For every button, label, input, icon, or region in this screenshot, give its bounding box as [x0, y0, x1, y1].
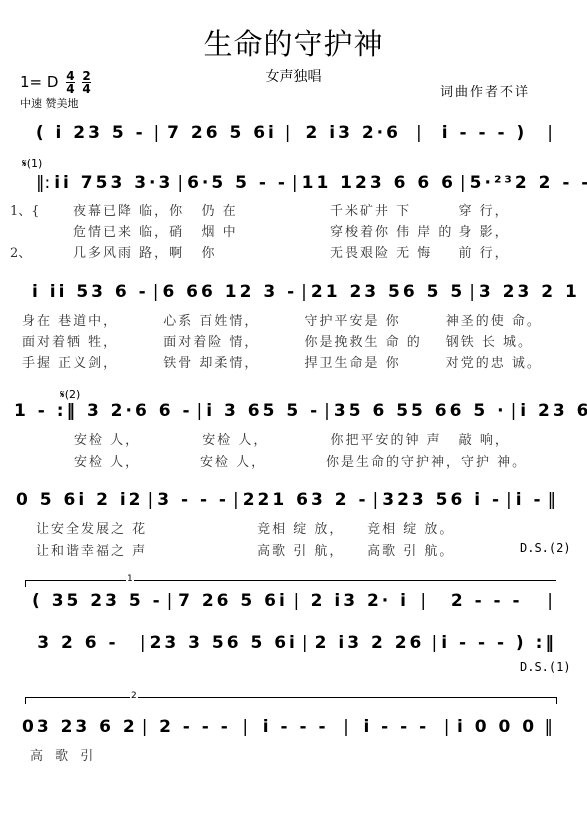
measure: 0 5 6i 2 i2 — [16, 490, 143, 510]
lyric-row: 让和谐幸福之 声高歌 引 航，高歌 引 航。 — [0, 540, 587, 559]
measure: i ii 53 6 - — [32, 282, 149, 302]
staff-intro: ( i 23 5 -| 7 26 5 6i| 2 i3 2·6| i - - -… — [0, 123, 587, 143]
lyric-row: 手握 正义剑，铁骨 却柔情，捍卫生命是 你对党的忠 诚。 — [0, 352, 587, 371]
staff-verse-a: ‖: ii 753 3·3| 6·5 5 - -| 11 123 6 6 6| … — [0, 173, 587, 193]
lyric-row: 安检 人，安检 人，你把平安的钟 声敲 响， — [0, 429, 587, 448]
measure: 3 - - - — [157, 490, 229, 510]
lyric-row: 夜幕已降 临，你仍 在千米矿井 下穿 行， — [0, 200, 587, 219]
lyric-row: 面对着牺 牲，面对着险 情，你是挽救生 命 的钢铁 长 城。 — [0, 331, 587, 350]
volta-bracket-2: 2 — [25, 697, 557, 704]
lyric-row: 危情已来 临，硝烟 中穿梭着你 伟 岸 的身 影， — [0, 221, 587, 240]
measure: 2 i3 2· i — [303, 591, 416, 611]
measure: 7 26 5 6i — [163, 123, 281, 143]
measure: 6·5 5 - - — [187, 173, 288, 193]
measure: 2 i3 2·6 — [295, 123, 413, 143]
lyric-row: 安检 人，安检 人，你是生命的守护神，守护 神。 — [0, 451, 587, 470]
measure: 23 3 56 5 6i — [150, 633, 298, 653]
dal-segno-2: D.S.(2) — [520, 541, 571, 555]
measure: ( 35 23 5 - — [32, 591, 163, 611]
credit-line: 词曲作者不详 — [440, 81, 530, 100]
measure: 6 66 12 3 - — [162, 282, 297, 302]
measure: i 23 6 - — [520, 401, 587, 421]
staff-verse-b: i ii 53 6 -| 6 66 12 3 -| 21 23 56 5 5| … — [0, 282, 587, 302]
key-signature: 1= D 44 24 — [20, 70, 91, 95]
measure: 2 i3 2 26 — [312, 633, 428, 653]
measure: 3 2 6 - — [20, 633, 136, 653]
measure: i - - - — [252, 717, 339, 737]
lyric-row: 让安全发展之 花竞相 绽 放，竞相 绽 放。 — [0, 518, 587, 537]
staff-interlude-1: ( 35 23 5 -| 7 26 5 6i| 2 i3 2· i| 2 - -… — [0, 591, 587, 611]
measure: 1 - :‖ 3 2·6 6 - — [14, 401, 193, 421]
staff-chorus-b: 0 5 6i 2 i2| 3 - - -| 221 63 2 -| 323 56… — [0, 490, 587, 510]
key-text: 1= D — [20, 73, 58, 91]
measure: i - - - — [353, 717, 440, 737]
time-signature-2-4: 24 — [82, 70, 90, 95]
measure: 2 - - - — [430, 591, 543, 611]
segno-sign-1: 𝄋(1) — [22, 157, 42, 171]
measure: 35 6 55 66 5 · — [334, 401, 507, 421]
time-signature-4-4: 44 — [66, 70, 74, 95]
measure: 21 23 56 5 5 — [311, 282, 465, 302]
tempo-marking: 中速 赞美地 — [20, 95, 79, 111]
lyric-row: 高 歌 引 — [30, 745, 97, 764]
staff-coda: 03 23 6 2| 2 - - -| i - - -| i - - -| i … — [0, 717, 587, 737]
measure: 3 23 2 1 - — [479, 282, 587, 302]
lyric-row: 身在 巷道中，心系 百姓情，守护平安是 你神圣的使 命。 — [0, 310, 587, 329]
segno-sign-2: 𝄋(2) — [60, 388, 80, 402]
measure: ( i 23 5 - — [32, 123, 150, 143]
staff-chorus-a: 1 - :‖ 3 2·6 6 -| i 3 65 5 -| 35 6 55 66… — [0, 401, 587, 421]
measure: 11 123 6 6 6 — [302, 173, 456, 193]
measure: 7 26 5 6i — [176, 591, 289, 611]
measure: ii 753 3·3 — [54, 173, 173, 193]
measure: i 3 65 5 - — [206, 401, 320, 421]
measure: i 0 0 0 — [454, 717, 541, 737]
measure: 221 63 2 - — [243, 490, 369, 510]
measure: 03 23 6 2 — [22, 717, 138, 737]
measure: i - - - ) :‖ — [441, 633, 557, 653]
volta-bracket-1: 1 — [25, 580, 556, 587]
measure: i - — [516, 490, 544, 510]
lyric-row: 几多风雨 路，啊你无畏艰险 无 悔前 行， — [0, 242, 587, 261]
song-title: 生命的守护神 — [0, 22, 587, 63]
repeat-start: ‖: — [32, 173, 54, 193]
measure: 5·²³2 2 - - — [470, 173, 587, 193]
staff-interlude-2: 3 2 6 -| 23 3 56 5 6i| 2 i3 2 26| i - - … — [0, 633, 587, 653]
measure: 2 - - - — [151, 717, 238, 737]
measure: 323 56 i - — [382, 490, 502, 510]
dal-segno-1: D.S.(1) — [520, 660, 571, 674]
measure: i - - - ) — [426, 123, 544, 143]
